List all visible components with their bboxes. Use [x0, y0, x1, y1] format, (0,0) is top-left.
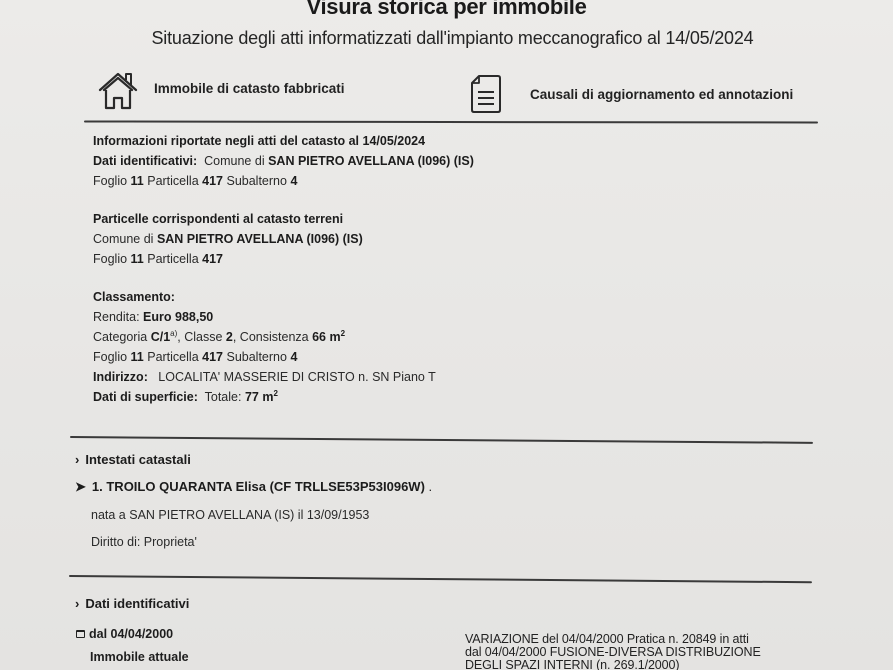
superficie-exponent: 2 [273, 389, 277, 398]
foglio-line: Foglio 11 Particella 417 Subalterno 4 [93, 171, 474, 191]
classamento-section: Classamento: Rendita: Euro 988,50 Catego… [93, 287, 436, 407]
chevron-right-icon: › [75, 596, 79, 611]
dati-identificativi-heading[interactable]: ›Dati identificativi [75, 596, 189, 611]
owner-name: 1. TROILO QUARANTA Elisa (CF TRLLSE53P53… [92, 479, 425, 494]
divider [69, 575, 812, 583]
intestati-heading[interactable]: ›Intestati catastali [75, 452, 191, 467]
particella-value: 417 [202, 174, 223, 188]
consistenza-label: , Consistenza [233, 330, 309, 344]
subalterno-label: Subalterno [226, 350, 286, 364]
categoria-value: C/1 [151, 330, 170, 344]
terreni-foglio-line: Foglio 11 Particella 417 [93, 249, 363, 269]
subalterno-label: Subalterno [226, 174, 286, 188]
arrow-right-icon: ➤ [75, 479, 86, 495]
info-heading: Informazioni riportate negli atti del ca… [93, 131, 474, 151]
tab-causali-aggiornamento[interactable]: Causali di aggiornamento ed annotazioni [470, 74, 793, 114]
rendita-label: Rendita: [93, 310, 140, 324]
dati-identificativi-line: Dati identificativi: Comune di SAN PIETR… [93, 151, 474, 171]
tab-label: Immobile di catasto fabbricati [154, 81, 345, 96]
indirizzo-label: Indirizzo: [93, 370, 148, 384]
date-from-label: dal 04/04/2000 [89, 627, 173, 641]
document-title: Visura storica per immobile [0, 0, 893, 20]
variazione-text: VARIAZIONE del 04/04/2000 Pratica n. 208… [465, 633, 825, 670]
comune-prefix: Comune di [93, 232, 153, 246]
variazione-line: DEGLI SPAZI INTERNI (n. 269.1/2000) [465, 659, 825, 670]
dati-identificativi-label: Dati identificativi [85, 596, 189, 611]
immobile-status: Immobile attuale [90, 650, 189, 664]
classe-value: 2 [226, 330, 233, 344]
terreni-comune-line: Comune di SAN PIETRO AVELLANA (I096) (IS… [93, 229, 363, 249]
terreni-section: Particelle corrispondenti al catasto ter… [93, 209, 363, 269]
classe-label: , Classe [177, 330, 222, 344]
foglio-value: 11 [131, 252, 144, 266]
categoria-line: Categoria C/1a), Classe 2, Consistenza 6… [93, 327, 436, 347]
classamento-heading: Classamento: [93, 287, 436, 307]
chevron-right-icon: › [75, 452, 79, 467]
date-from: dal 04/04/2000 [76, 627, 173, 641]
foglio-value: 11 [131, 350, 144, 364]
comune-prefix: Comune di [204, 154, 264, 168]
categoria-label: Categoria [93, 330, 147, 344]
classamento-foglio-line: Foglio 11 Particella 417 Subalterno 4 [93, 347, 436, 367]
superficie-line: Dati di superficie: Totale: 77 m2 [93, 387, 436, 407]
superficie-prefix: Totale: [205, 390, 242, 404]
comune-value: SAN PIETRO AVELLANA (I096) (IS) [268, 154, 474, 168]
subalterno-value: 4 [290, 350, 297, 364]
intestati-heading-label: Intestati catastali [85, 452, 191, 467]
owner-suffix: . [429, 479, 433, 494]
tab-immobile-fabbricati[interactable]: Immobile di catasto fabbricati [96, 68, 345, 112]
divider [70, 436, 813, 444]
foglio-label: Foglio [93, 350, 127, 364]
document-subtitle: Situazione degli atti informatizzati dal… [0, 28, 893, 49]
particella-label: Particella [147, 252, 198, 266]
house-icon [96, 68, 140, 112]
comune-value: SAN PIETRO AVELLANA (I096) (IS) [157, 232, 363, 246]
document-icon [470, 74, 502, 114]
dati-label: Dati identificativi: [93, 154, 197, 168]
visura-document: Visura storica per immobile Situazione d… [0, 0, 893, 670]
foglio-label: Foglio [93, 252, 127, 266]
owner-entry[interactable]: ➤1. TROILO QUARANTA Elisa (CF TRLLSE53P5… [75, 479, 432, 495]
tab-label: Causali di aggiornamento ed annotazioni [530, 87, 793, 102]
foglio-label: Foglio [93, 174, 127, 188]
particella-value: 417 [202, 350, 223, 364]
rendita-line: Rendita: Euro 988,50 [93, 307, 436, 327]
superficie-value: 77 m [245, 390, 274, 404]
rendita-value: Euro 988,50 [143, 310, 213, 324]
consistenza-exponent: 2 [341, 329, 345, 338]
calendar-icon [76, 630, 85, 638]
superficie-label: Dati di superficie: [93, 390, 198, 404]
particella-label: Particella [147, 350, 198, 364]
divider [84, 120, 818, 123]
foglio-value: 11 [131, 174, 144, 188]
terreni-heading: Particelle corrispondenti al catasto ter… [93, 209, 363, 229]
particella-label: Particella [147, 174, 198, 188]
owner-birth-info: nata a SAN PIETRO AVELLANA (IS) il 13/09… [91, 508, 369, 522]
indirizzo-line: Indirizzo: LOCALITA' MASSERIE DI CRISTO … [93, 367, 436, 387]
consistenza-value: 66 m [312, 330, 341, 344]
owner-right: Diritto di: Proprieta' [91, 535, 197, 549]
indirizzo-value: LOCALITA' MASSERIE DI CRISTO n. SN Piano… [158, 370, 435, 384]
particella-value: 417 [202, 252, 223, 266]
subalterno-value: 4 [290, 174, 297, 188]
info-section: Informazioni riportate negli atti del ca… [93, 131, 474, 191]
